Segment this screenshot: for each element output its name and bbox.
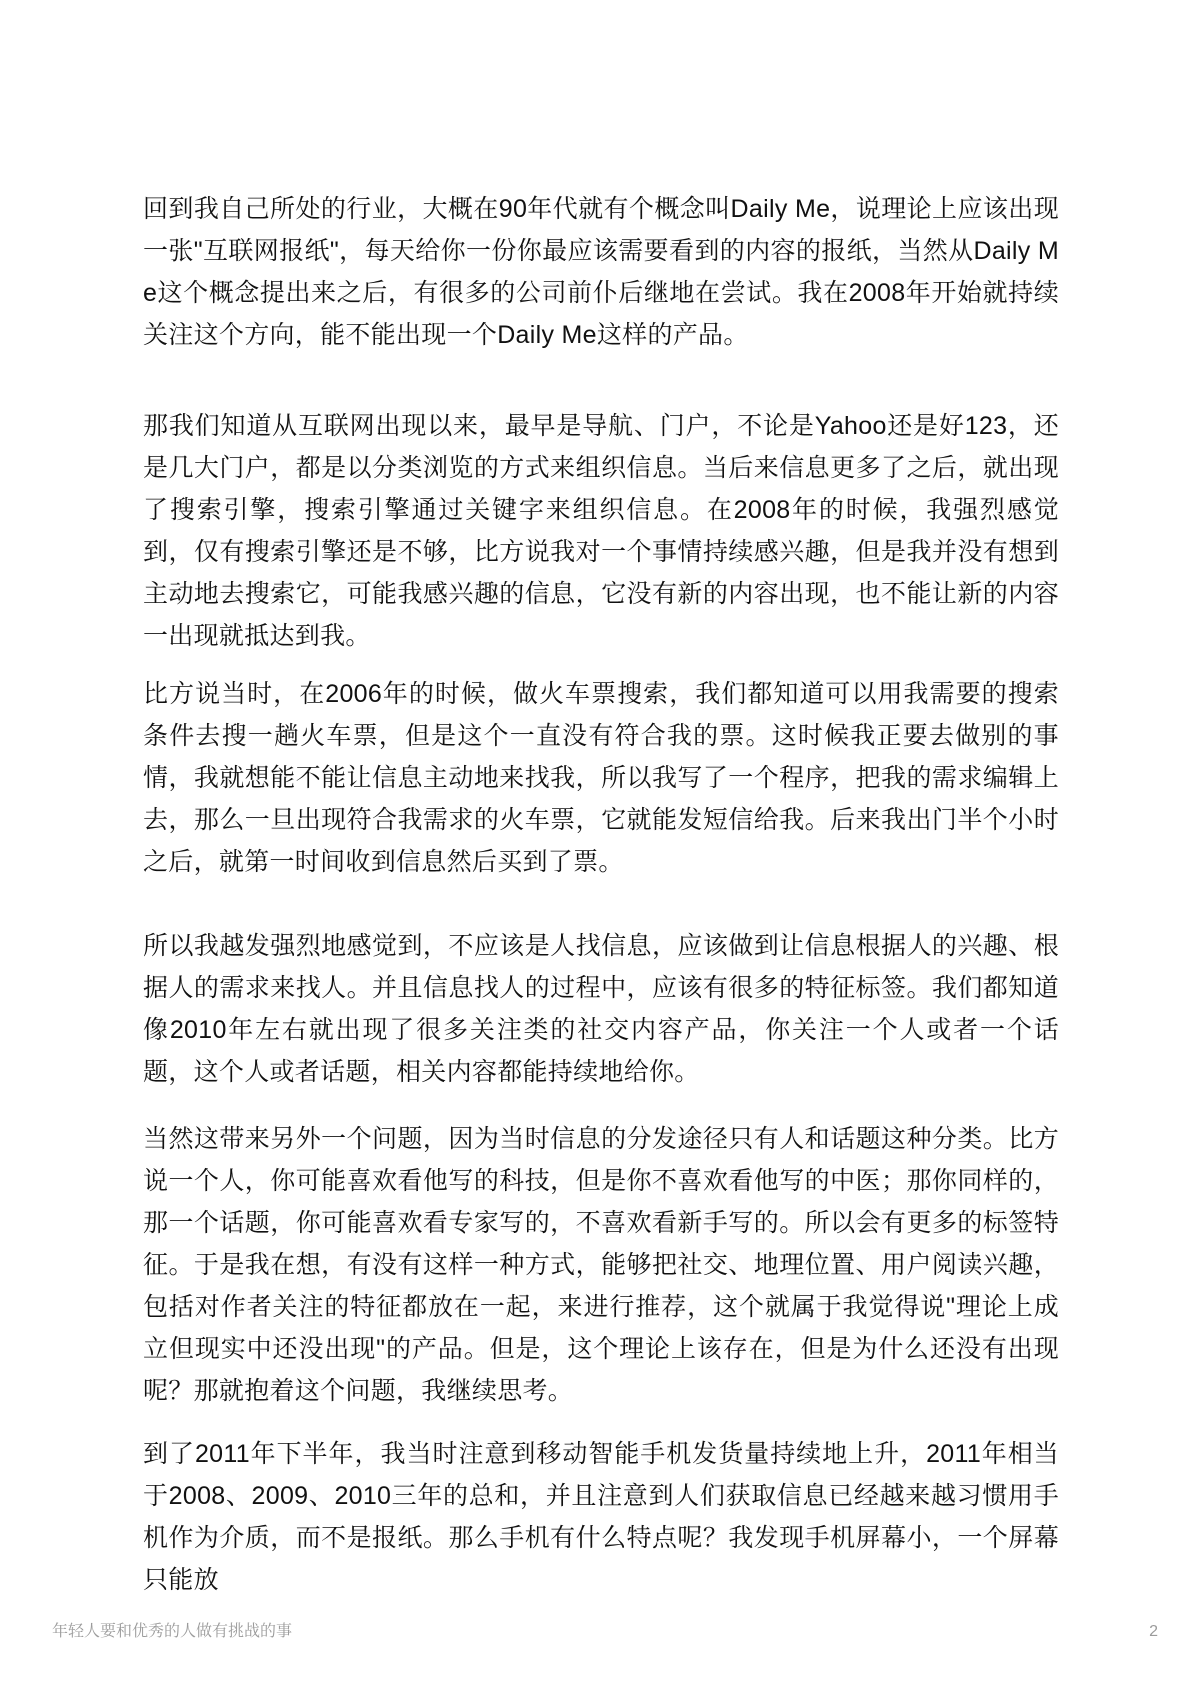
paragraph: 当然这带来另外一个问题，因为当时信息的分发途径只有人和话题这种分类。比方说一个人… <box>143 1118 1059 1412</box>
footer-title: 年轻人要和优秀的人做有挑战的事 <box>52 1620 292 1644</box>
paragraph: 那我们知道从互联网出现以来，最早是导航、门户，不论是Yahoo还是好123，还是… <box>143 405 1059 657</box>
paragraph: 到了2011年下半年，我当时注意到移动智能手机发货量持续地上升，2011年相当于… <box>143 1433 1059 1601</box>
document-page: 回到我自己所处的行业，大概在90年代就有个概念叫Daily Me，说理论上应该出… <box>0 0 1200 1698</box>
paragraph: 回到我自己所处的行业，大概在90年代就有个概念叫Daily Me，说理论上应该出… <box>143 188 1059 356</box>
page-number: 2 <box>1149 1620 1158 1644</box>
paragraph: 所以我越发强烈地感觉到，不应该是人找信息，应该做到让信息根据人的兴趣、根据人的需… <box>143 925 1059 1093</box>
paragraph: 比方说当时，在2006年的时候，做火车票搜索，我们都知道可以用我需要的搜索条件去… <box>143 673 1059 883</box>
